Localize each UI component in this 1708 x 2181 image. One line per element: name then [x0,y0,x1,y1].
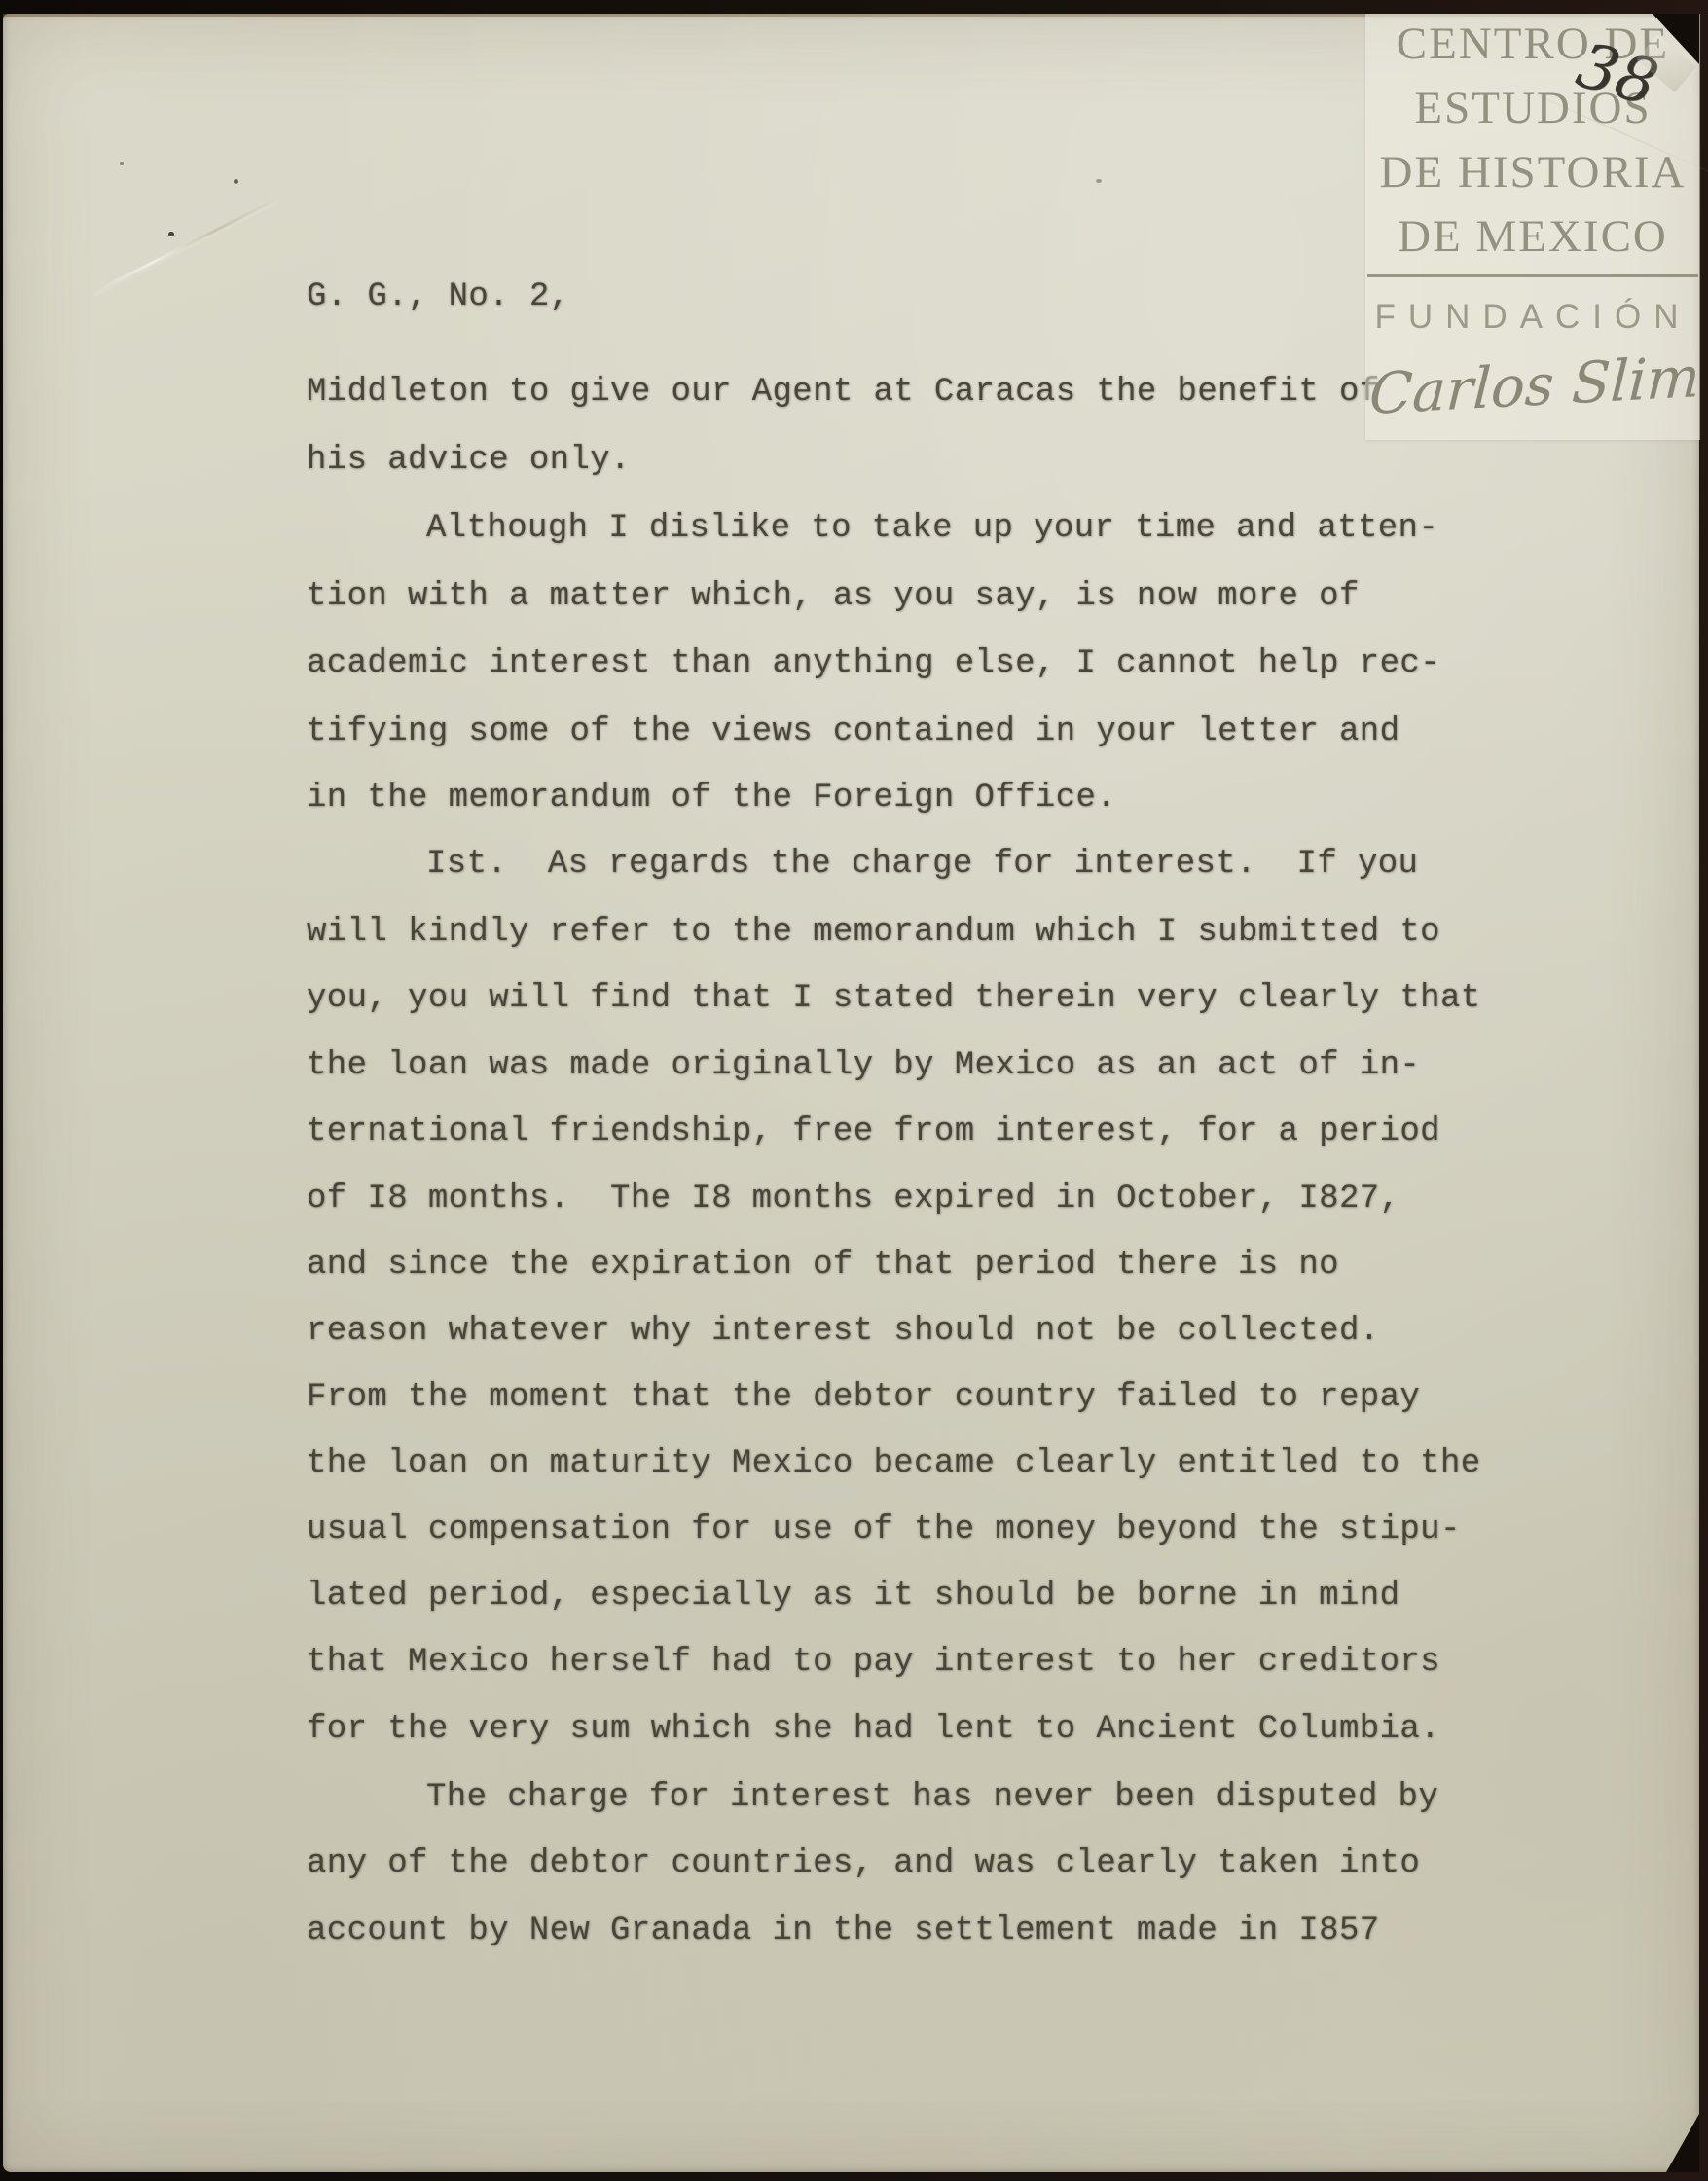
letter-line: that Mexico herself had to pay interest … [307,1644,1440,1681]
letter-line: his advice only. [307,442,631,479]
letter-line: Ist. As regards the charge for interest.… [307,846,1418,883]
letter-line: reason whatever why interest should not … [307,1313,1380,1350]
letter-line: for the very sum which she had lent to A… [307,1711,1440,1748]
letter-line: The charge for interest has never been d… [307,1779,1438,1816]
letter-line: account by New Granada in the settlement… [307,1912,1380,1949]
letter-line: tifying some of the views contained in y… [307,713,1399,750]
letter-line: the loan on maturity Mexico became clear… [307,1445,1481,1482]
letter-line: academic interest than anything else, I … [307,645,1440,682]
letter-line: any of the debtor countries, and was cle… [307,1845,1420,1882]
letter-line: usual compensation for use of the money … [307,1511,1461,1548]
letter-line: will kindly refer to the memorandum whic… [307,914,1440,951]
stamp-foundation-label: FUNDACIÓN [1365,298,1700,337]
document-reference: G. G., No. 2, [307,278,569,315]
letter-line: of I8 months. The I8 months expired in O… [307,1181,1399,1218]
letter-line: in the memorandum of the Foreign Office. [307,780,1116,817]
stamp-org-name: DE HISTORIA [1365,146,1700,199]
letter-line: From the moment that the debtor country … [307,1379,1420,1416]
torn-corner-bottom-right [1666,2114,1699,2172]
letter-line: tion with a matter which, as you say, is… [307,578,1360,615]
scanned-document: G. G., No. 2, Middleton to give our Agen… [0,0,1708,2181]
letter-line: and since the expiration of that period … [307,1247,1339,1284]
letter-line: you, you will find that I stated therein… [307,980,1481,1017]
stamp-divider-rule [1367,274,1698,277]
letter-line: Middleton to give our Agent at Caracas t… [307,374,1380,411]
stamp-signature: Carlos Slim [1358,343,1708,427]
stamp-org-name: DE MEXICO [1365,210,1700,263]
letter-paper: G. G., No. 2, Middleton to give our Agen… [3,14,1699,2172]
letter-line: lated period, especially as it should be… [307,1578,1399,1615]
letter-line: ternational friendship, free from intere… [307,1113,1440,1150]
letter-line: Although I dislike to take up your time … [307,510,1438,547]
letter-line: the loan was made originally by Mexico a… [307,1047,1420,1084]
